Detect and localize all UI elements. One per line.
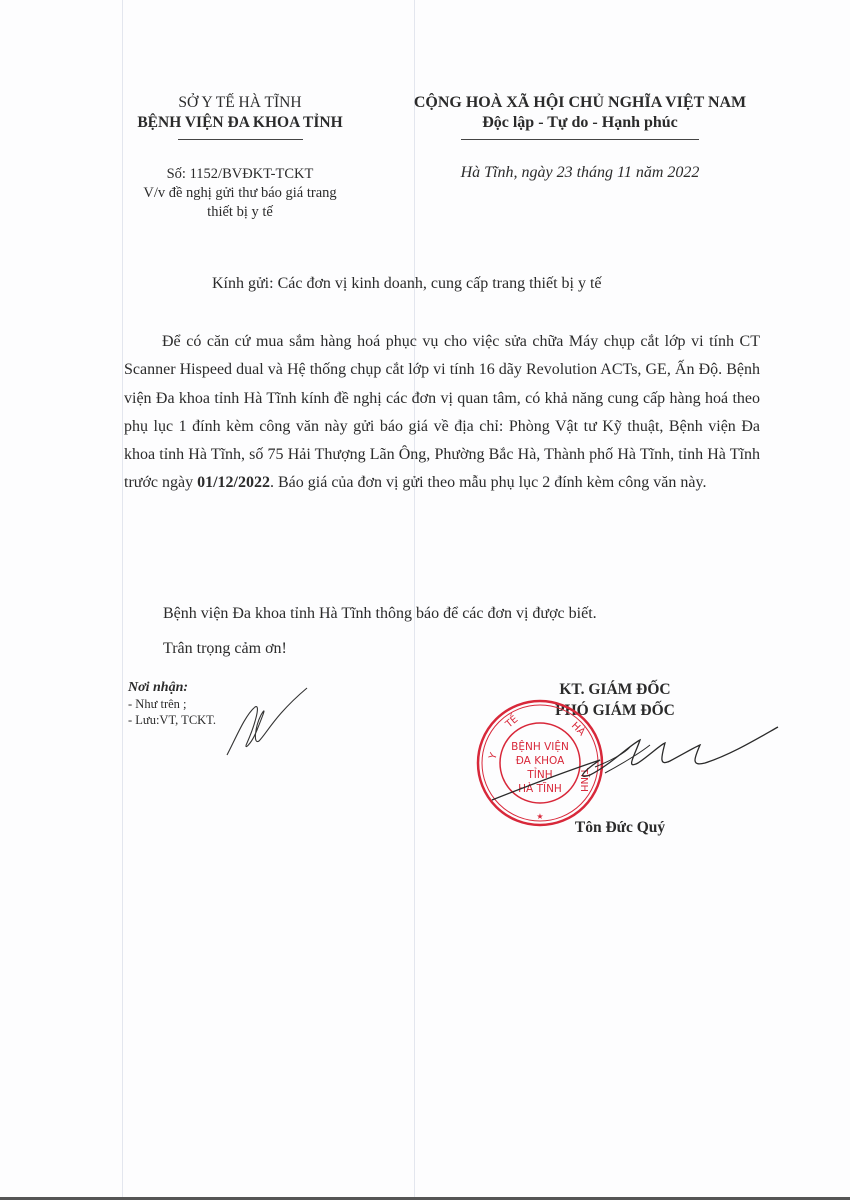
issuing-authority-header: SỞ Y TẾ HÀ TĨNH BỆNH VIỆN ĐA KHOA TỈNH (100, 93, 380, 140)
deadline-date: 01/12/2022 (197, 474, 270, 491)
recipients-title: Nơi nhận: (128, 680, 216, 696)
issue-date: Hà Tĩnh, ngày 23 tháng 11 năm 2022 (380, 164, 780, 182)
signing-authority: KT. GIÁM ĐỐC (500, 679, 730, 700)
notice-paragraph: Bệnh viện Đa khoa tỉnh Hà Tĩnh thông báo… (163, 605, 597, 623)
recipients-item: - Như trên ; (128, 696, 216, 712)
document-subject-cont: thiết bị y tế (100, 203, 380, 222)
body-text-part: . Báo giá của đơn vị gửi theo mẫu phụ lụ… (270, 474, 706, 491)
recipients-block: Nơi nhận: - Như trên ; - Lưu:VT, TCKT. (128, 680, 216, 728)
initial-signature-icon (225, 685, 315, 760)
body-paragraph: Để có căn cứ mua sắm hàng hoá phục vụ ch… (124, 328, 760, 498)
recipient-line: Kính gửi: Các đơn vị kinh doanh, cung cấ… (212, 275, 602, 293)
recipients-item: - Lưu:VT, TCKT. (128, 712, 216, 728)
thanks-paragraph: Trân trọng cảm ơn! (163, 640, 287, 658)
signer-name: Tôn Đức Quý (540, 819, 700, 837)
national-motto: Độc lập - Tự do - Hạnh phúc (380, 113, 780, 133)
motto-underline (461, 139, 699, 140)
national-header: CỘNG HOÀ XÃ HỘI CHỦ NGHĨA VIỆT NAM Độc l… (380, 93, 780, 140)
agency-name: SỞ Y TẾ HÀ TĨNH (100, 93, 380, 113)
document-reference: Số: 1152/BVĐKT-TCKT V/v đề nghị gửi thư … (100, 165, 380, 222)
letter-body: Để có căn cứ mua sắm hàng hoá phục vụ ch… (124, 328, 760, 498)
document-number: Số: 1152/BVĐKT-TCKT (100, 165, 380, 184)
organization-name: BỆNH VIỆN ĐA KHOA TỈNH (100, 113, 380, 133)
body-text-part: Để có căn cứ mua sắm hàng hoá phục vụ ch… (124, 333, 760, 491)
national-title: CỘNG HOÀ XÃ HỘI CHỦ NGHĨA VIỆT NAM (380, 93, 780, 113)
header-underline (178, 139, 303, 140)
document-subject: V/v đề nghị gửi thư báo giá trang (100, 184, 380, 203)
director-signature-icon (490, 725, 780, 805)
